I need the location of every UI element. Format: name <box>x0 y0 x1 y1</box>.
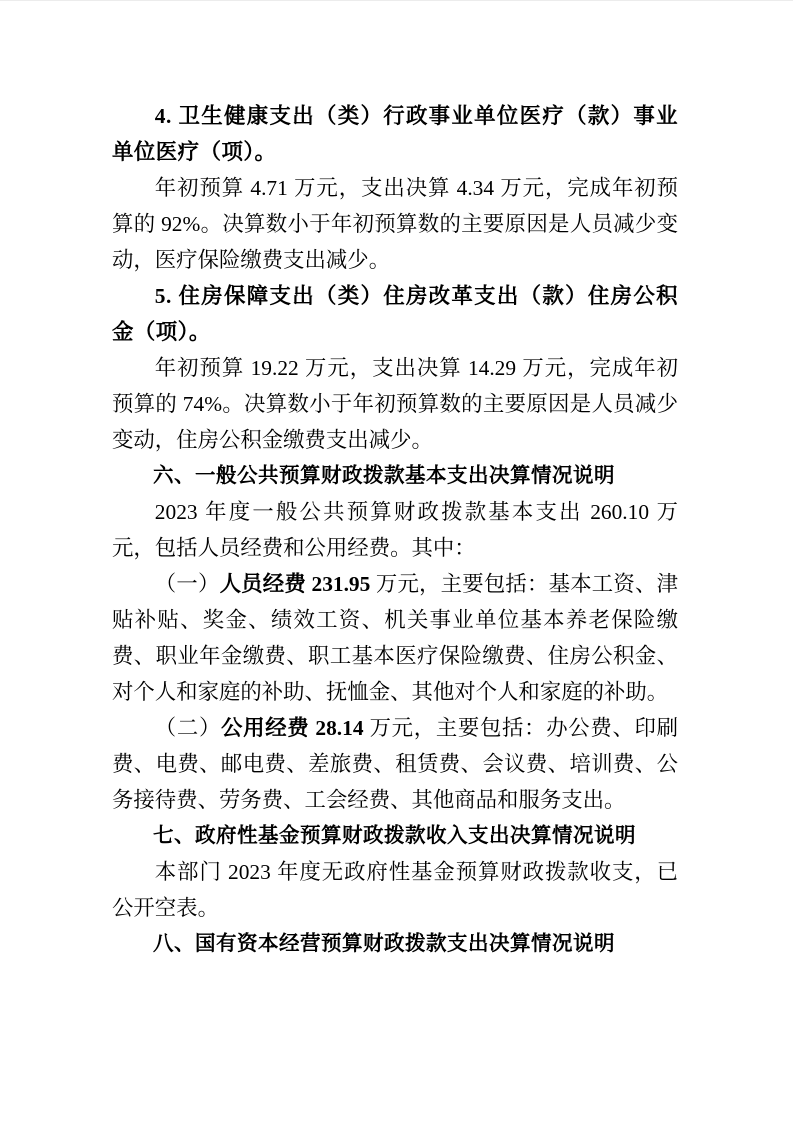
paragraph-housing-budget-detail: 年初预算 19.22 万元，支出决算 14.29 万元，完成年初预算的 74%。… <box>112 350 678 458</box>
heading-item-4-health-expenditure: 4. 卫生健康支出（类）行政事业单位医疗（款）事业单位医疗（项）。 <box>112 98 678 170</box>
heading-item-5-housing-expenditure: 5. 住房保障支出（类）住房改革支出（款）住房公积金（项）。 <box>112 278 678 350</box>
text-run: （二） <box>155 716 221 740</box>
heading-section-8-state-capital: 八、国有资本经营预算财政拨款支出决算情况说明 <box>112 926 678 962</box>
public-funds-amount-bold: 公用经费 28.14 <box>221 716 370 740</box>
text-run: （一） <box>155 572 220 596</box>
heading-section-6-basic-expenditure: 六、一般公共预算财政拨款基本支出决算情况说明 <box>112 458 678 494</box>
paragraph-no-government-fund: 本部门 2023 年度无政府性基金预算财政拨款收支，已公开空表。 <box>112 854 678 926</box>
paragraph-personnel-funds: （一）人员经费 231.95 万元，主要包括：基本工资、津贴补贴、奖金、绩效工资… <box>112 566 678 710</box>
personnel-funds-amount-bold: 人员经费 231.95 <box>220 572 376 596</box>
paragraph-public-funds: （二）公用经费 28.14 万元，主要包括：办公费、印刷费、电费、邮电费、差旅费… <box>112 710 678 818</box>
document-page: 4. 卫生健康支出（类）行政事业单位医疗（款）事业单位医疗（项）。 年初预算 4… <box>0 1 793 1123</box>
paragraph-basic-expenditure-total: 2023 年度一般公共预算财政拨款基本支出 260.10 万元，包括人员经费和公… <box>112 494 678 566</box>
heading-section-7-government-fund: 七、政府性基金预算财政拨款收入支出决算情况说明 <box>112 818 678 854</box>
paragraph-health-budget-detail: 年初预算 4.71 万元，支出决算 4.34 万元，完成年初预算的 92%。决算… <box>112 170 678 278</box>
